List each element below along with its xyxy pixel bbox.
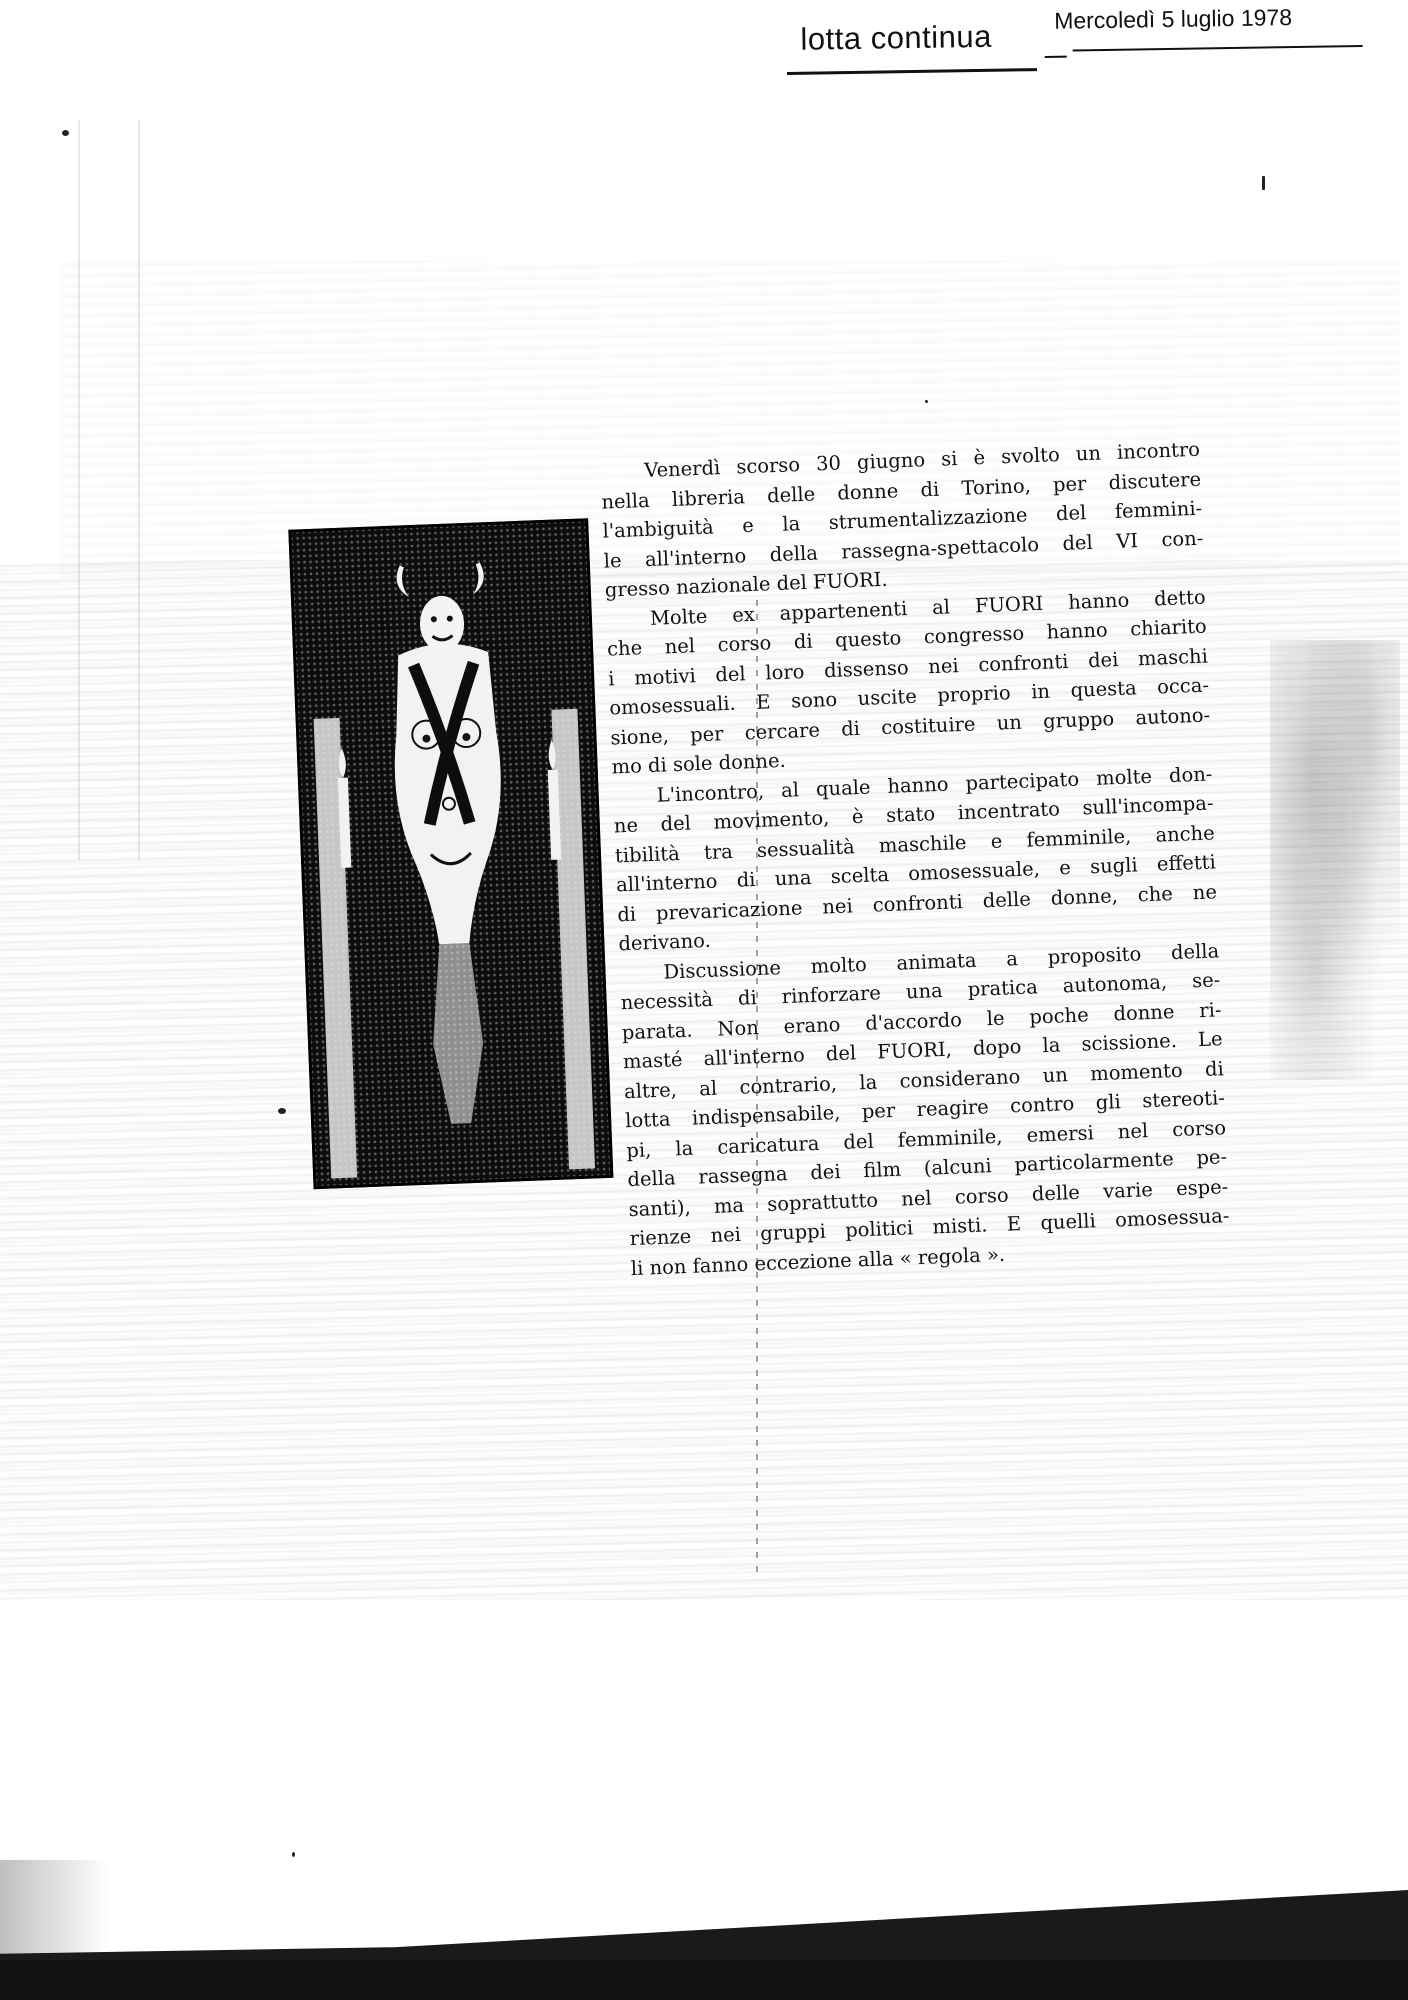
speck <box>278 1108 286 1114</box>
article-body: Venerdì scorso 30 giugno si è svolto un … <box>600 435 1231 1283</box>
illustration-horned-woman-icon <box>288 518 613 1189</box>
scanner-edge-shadow <box>0 1960 1408 2000</box>
speck <box>925 400 928 403</box>
archive-stamp-faint <box>48 120 158 860</box>
speck <box>292 1852 295 1857</box>
fold-crease <box>756 600 758 1580</box>
newspaper-clipping: Venerdì scorso 30 giugno si è svolto un … <box>280 434 1248 1210</box>
illustration-drawing <box>288 518 613 1189</box>
speck <box>1262 176 1265 190</box>
speck <box>62 130 69 136</box>
masthead-rule <box>787 68 1037 75</box>
bleed-through-marks <box>1270 640 1400 1080</box>
scan-smudge <box>0 1860 110 1960</box>
issue-date: Mercoledì 5 luglio 1978 <box>1054 4 1292 35</box>
masthead: lotta continua Mercoledì 5 luglio 1978 <box>786 1 1362 80</box>
masthead-rule <box>1073 45 1363 52</box>
masthead-rule <box>1045 56 1067 58</box>
paper-name: lotta continua <box>800 19 992 58</box>
